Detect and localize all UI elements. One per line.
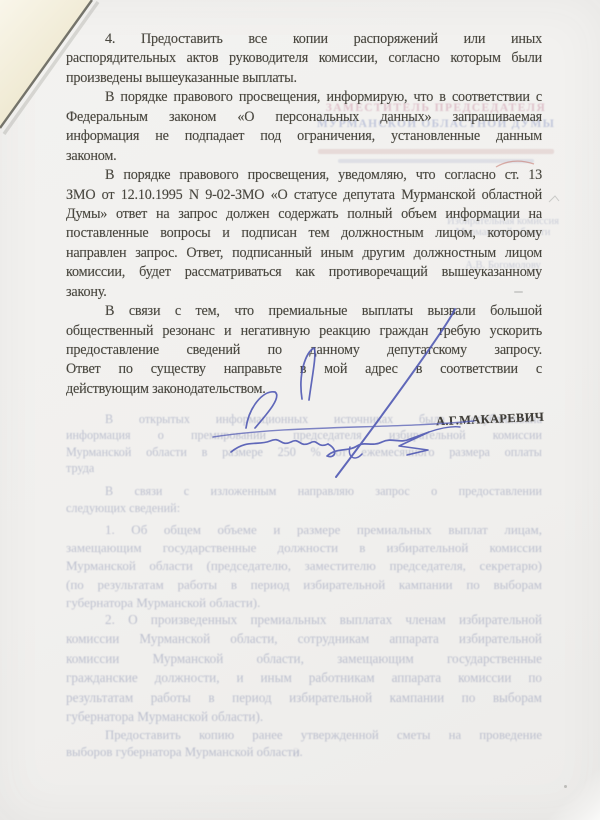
gray-tick-mark (549, 196, 559, 202)
page-curl-artifact (0, 0, 130, 150)
scan-speck (514, 291, 523, 293)
red-pen-mark (496, 161, 534, 167)
scanned-page: ЗАМЕСТИТЕЛЬ ПРЕДСЕДАТЕЛЯ МУРМАНСКОЙ ОБЛА… (0, 0, 600, 820)
corner-curl-highlight (520, 740, 600, 820)
